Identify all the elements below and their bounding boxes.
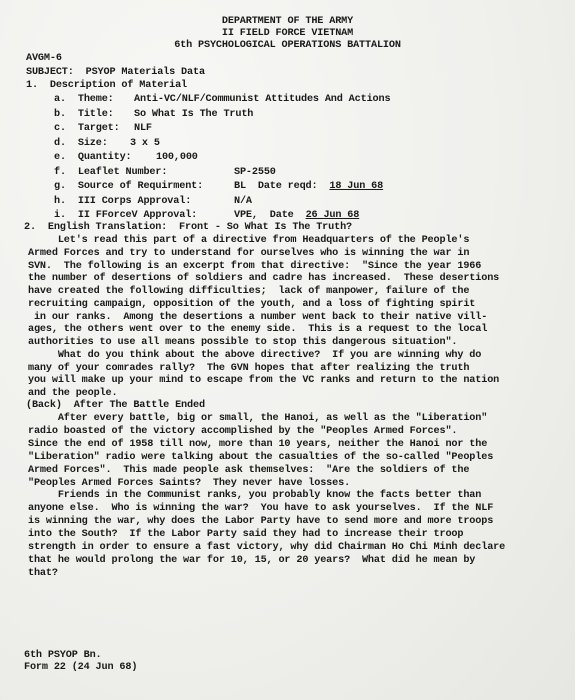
text-line: many of your comrades rally? The GVN hop… — [28, 363, 469, 375]
item-date: 18 Jun 68 — [329, 181, 383, 192]
footer-unit: 6th PSYOP Bn. — [24, 650, 102, 662]
item-label: d. Size: — [54, 138, 108, 149]
item-value: 100,000 — [156, 152, 198, 164]
office-symbol: AVGM-6 — [26, 53, 62, 65]
text-line: radio boasted of the victory accomplishe… — [28, 426, 457, 438]
text-line: that he would prolong the war for 10, 15… — [28, 555, 475, 567]
item-label: b. Title: — [54, 109, 114, 120]
text-line: is winning the war, why does the Labor P… — [28, 516, 493, 528]
header-battalion: 6th PSYCHOLOGICAL OPERATIONS BATTALION — [0, 40, 575, 52]
material-item: i. II FForceV Approval:VPE, Date 26 Jun … — [54, 210, 197, 222]
material-item: e. Quantity:100,000 — [54, 152, 132, 164]
item-value: N/A — [234, 196, 252, 208]
text-line: you will make up your mind to escape fro… — [28, 375, 499, 387]
item-value: So What Is The Truth — [134, 109, 253, 121]
item-label: e. Quantity: — [54, 152, 132, 163]
item-label: h. III Corps Approval: — [54, 196, 191, 207]
item-value: VPE, Date 26 Jun 68 — [234, 210, 359, 222]
material-item: g. Source of Requirment:BL Date reqd: 18… — [54, 181, 203, 193]
text-line: have created the following difficulties;… — [28, 286, 469, 298]
text-line: After every battle, big or small, the Ha… — [28, 413, 487, 425]
item-date: 26 Jun 68 — [306, 210, 360, 221]
text-line: ages, the others went over to the enemy … — [28, 324, 487, 336]
material-item: c. Target:NLF — [54, 123, 120, 135]
item-label: g. Source of Requirment: — [54, 181, 203, 192]
material-item: f. Leaflet Number:SP-2550 — [54, 167, 167, 179]
material-item: a. Theme:Anti-VC/NLF/Communist Attitudes… — [54, 94, 114, 106]
text-line: SVN. The following is an excerpt from th… — [28, 261, 481, 273]
text-line: "Liberation" radio were talking about th… — [28, 452, 493, 464]
item-value: 3 x 5 — [130, 138, 160, 150]
material-item: b. Title:So What Is The Truth — [54, 109, 114, 121]
subject-line: SUBJECT: PSYOP Materials Data — [26, 67, 205, 79]
item-label: f. Leaflet Number: — [54, 167, 167, 178]
text-line: strength in order to ensure a fast victo… — [28, 542, 505, 554]
material-item: d. Size:3 x 5 — [54, 138, 108, 150]
text-line: that? — [28, 568, 58, 580]
text-line: Friends in the Communist ranks, you prob… — [28, 490, 481, 502]
item-value: SP-2550 — [234, 167, 276, 179]
text-line: in our ranks. Among the desertions a num… — [28, 312, 487, 324]
item-value: Anti-VC/NLF/Communist Attitudes And Acti… — [134, 94, 390, 106]
text-line: authorities to use all means possible to… — [28, 337, 457, 349]
text-line: the number of desertions of soldiers and… — [28, 273, 499, 285]
text-line: Armed Forces and try to understand for o… — [28, 248, 469, 260]
section2-heading: 2. English Translation: Front - So What … — [24, 222, 352, 234]
text-line: and the people. — [28, 388, 117, 400]
text-line: Since the end of 1958 till now, more tha… — [28, 439, 487, 451]
item-value: BL Date reqd: 18 Jun 68 — [234, 181, 383, 193]
item-label: i. II FForceV Approval: — [54, 210, 197, 221]
header-field-force: II FIELD FORCE VIETNAM — [0, 28, 575, 40]
header-department: DEPARTMENT OF THE ARMY — [0, 16, 575, 28]
material-item: h. III Corps Approval:N/A — [54, 196, 191, 208]
text-line: recruiting campaign, opposition of the y… — [28, 299, 475, 311]
footer-form: Form 22 (24 Jun 68) — [24, 662, 137, 674]
text-line: What do you think about the above direct… — [28, 350, 481, 362]
text-line: into the South? If the Labor Party said … — [28, 529, 463, 541]
text-line: "Peoples Armed Forces Saints? They never… — [28, 478, 350, 490]
item-label: a. Theme: — [54, 94, 114, 105]
item-label: c. Target: — [54, 123, 120, 134]
text-line: Let's read this part of a directive from… — [28, 235, 469, 247]
item-value: NLF — [134, 123, 152, 135]
section1-heading: 1. Description of Material — [26, 80, 187, 92]
text-line: anyone else. Who is winning the war? You… — [28, 503, 493, 515]
document-page: DEPARTMENT OF THE ARMY II FIELD FORCE VI… — [0, 0, 575, 700]
back-heading: (Back) After The Battle Ended — [26, 400, 205, 412]
text-line: Armed Forces". This made people ask them… — [28, 465, 469, 477]
